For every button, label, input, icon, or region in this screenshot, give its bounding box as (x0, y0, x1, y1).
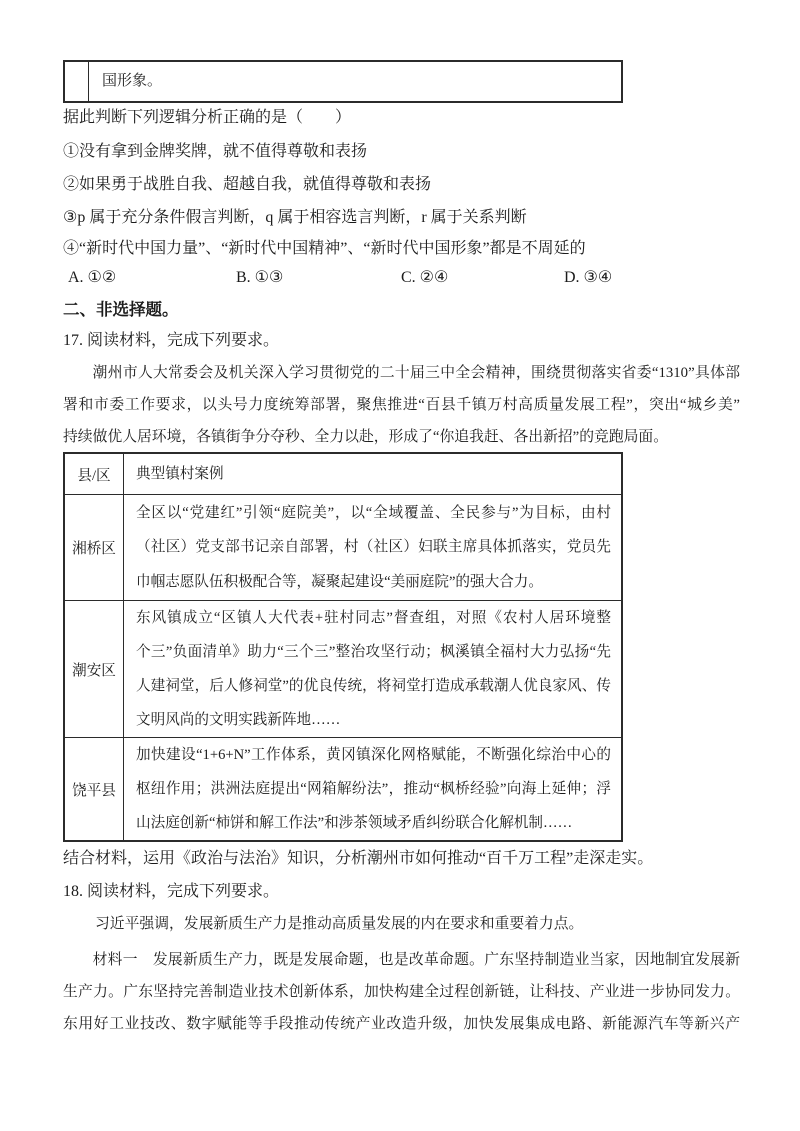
district-cell: 潮安区 (65, 601, 124, 737)
case-line: 巾帼志愿队伍积极配合等，凝聚起建设“美丽庭院”的强大合力。 (136, 565, 611, 600)
q18-material: 材料一 发展新质生产力，既是发展命题，也是改革命题。广东坚持制造业当家，因地制宜… (63, 944, 740, 1040)
case-line: 加快建设“1+6+N”工作体系，黄冈镇深化网格赋能，不断强化综治中心的核心 (136, 738, 611, 772)
table-header-case: 典型镇村案例 (124, 454, 621, 494)
exam-page: { "colors": { "background": "#ffffff", "… (0, 0, 800, 1131)
case-line: 枢纽作用；洪洲法庭提出“网箱解纷法”，推动“枫桥经验”向海上延伸；浮 (136, 772, 611, 806)
section-heading: 二、非选择题。 (63, 300, 179, 320)
continuation-text: 国形象。 (89, 62, 621, 101)
statement-1: ①没有拿到金牌奖牌，就不值得尊敬和表扬 (63, 142, 367, 162)
case-line: 人建祠堂，后人修祠堂”的优良传统，将祠堂打造成承载潮人优良家风、传播 (136, 669, 611, 703)
q18-number: 18. (63, 883, 83, 900)
options-row: A. ①② B. ①③ C. ②④ D. ③④ (63, 268, 740, 288)
q17-task: 结合材料，运用《政治与法治》知识，分析潮州市如何推动“百千万工程”走深走实。 (63, 849, 653, 869)
case-cell: 全区以“党建红”引领“庭院美”，以“全域覆盖、全民参与”为目标，由村 （社区）党… (124, 495, 621, 600)
table-row-chaoan: 潮安区 东风镇成立“区镇人大代表+驻村同志”督查组，对照《农村人居环境整治“三 … (65, 600, 621, 737)
q18-material-line-2: 生产力。广东坚持完善制造业技术创新体系，加快构建全过程创新链，让科技、产业进一步… (63, 976, 740, 1008)
q18-material-line-1: 材料一 发展新质生产力，既是发展命题，也是改革命题。广东坚持制造业当家，因地制宜… (63, 944, 740, 976)
q17-table: 县/区 典型镇村案例 湘桥区 全区以“党建红”引领“庭院美”，以“全域覆盖、全民… (63, 452, 623, 842)
q17-material-line-3: 持续做优人居环境，各镇街争分夺秒、全力以赴，形成了“你追我赶、各出新招”的竞跑局… (63, 421, 740, 453)
q18-intro: 阅读材料，完成下列要求。 (87, 883, 279, 900)
q17-intro-line: 17. 阅读材料，完成下列要求。 (63, 331, 279, 351)
case-cell: 东风镇成立“区镇人大代表+驻村同志”督查组，对照《农村人居环境整治“三 个三”负… (124, 601, 621, 737)
continuation-left-cell (65, 62, 89, 101)
table-header-row: 县/区 典型镇村案例 (65, 454, 621, 494)
option-a: A. ①② (68, 268, 116, 288)
option-d: D. ③④ (564, 268, 612, 288)
q17-material: 潮州市人大常委会及机关深入学习贯彻党的二十届三中全会精神，围绕贯彻落实省委“13… (63, 357, 740, 453)
q18-material-line-3: 东用好工业技改、数字赋能等手段推动传统产业改造升级，加快发展集成电路、新能源汽车… (63, 1008, 740, 1040)
table-row-xiangqiao: 湘桥区 全区以“党建红”引领“庭院美”，以“全域覆盖、全民参与”为目标，由村 （… (65, 494, 621, 600)
case-line: 个三”负面清单》助力“三个三”整治攻坚行动；枫溪镇全福村大力弘扬“先 (136, 635, 611, 669)
case-line: 文明风尚的文明实践新阵地…… (136, 703, 611, 737)
district-cell: 湘桥区 (65, 495, 124, 600)
q17-material-line-1: 潮州市人大常委会及机关深入学习贯彻党的二十届三中全会精神，围绕贯彻落实省委“13… (63, 357, 740, 389)
district-cell: 饶平县 (65, 738, 124, 840)
statement-3: ③p 属于充分条件假言判断，q 属于相容选言判断，r 属于关系判断 (63, 208, 527, 228)
case-cell: 加快建设“1+6+N”工作体系，黄冈镇深化网格赋能，不断强化综治中心的核心 枢纽… (124, 738, 621, 840)
statement-4: ④“新时代中国力量”、“新时代中国精神”、“新时代中国形象”都是不周延的 (63, 239, 586, 259)
question-stem: 据此判断下列逻辑分析正确的是（ ） (63, 108, 351, 128)
q17-intro: 阅读材料，完成下列要求。 (87, 332, 279, 349)
case-line: （社区）党支部书记亲自部署，村（社区）妇联主席具体抓落实，党员先锋队、 (136, 530, 611, 565)
case-line: 山法庭创新“柿饼和解工作法”和涉茶领域矛盾纠纷联合化解机制…… (136, 806, 611, 840)
table-row-raoping: 饶平县 加快建设“1+6+N”工作体系，黄冈镇深化网格赋能，不断强化综治中心的核… (65, 737, 621, 840)
option-b: B. ①③ (236, 268, 283, 288)
table-header-district: 县/区 (65, 454, 124, 494)
q18-intro-line: 18. 阅读材料，完成下列要求。 (63, 882, 279, 902)
case-line: 全区以“党建红”引领“庭院美”，以“全域覆盖、全民参与”为目标，由村 (136, 496, 611, 531)
case-line: 东风镇成立“区镇人大代表+驻村同志”督查组，对照《农村人居环境整治“三 (136, 601, 611, 635)
continuation-table: 国形象。 (63, 60, 623, 103)
q17-number: 17. (63, 332, 83, 349)
q17-material-line-2: 署和市委工作要求，以头号力度统筹部署，聚焦推进“百县千镇万村高质量发展工程”，突… (63, 389, 740, 421)
option-c: C. ②④ (401, 268, 448, 288)
statement-2: ②如果勇于战胜自我、超越自我，就值得尊敬和表扬 (63, 175, 431, 195)
q18-lead: 习近平强调，发展新质生产力是推动高质量发展的内在要求和重要着力点。 (95, 914, 583, 934)
